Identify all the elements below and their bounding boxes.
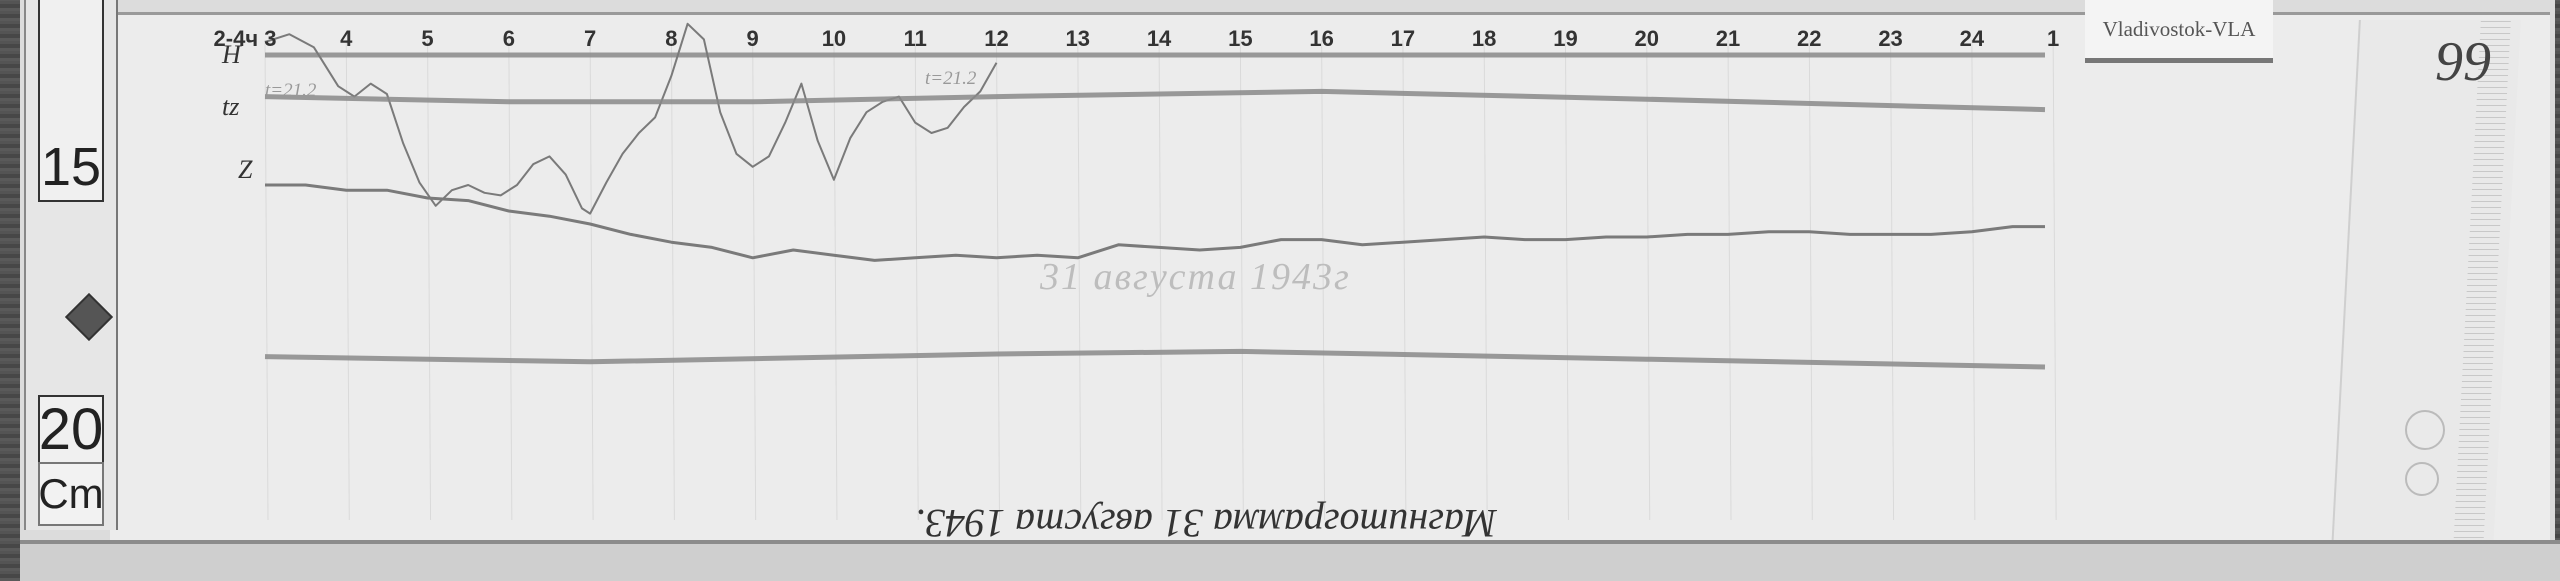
hour-tick-label: 11 bbox=[904, 26, 927, 52]
trace-h-variation bbox=[265, 24, 997, 214]
station-label: Vladivostok-VLA bbox=[2085, 0, 2273, 63]
hour-tick-label: 13 bbox=[1066, 26, 1090, 52]
date-annotation: 31 августа 1943г bbox=[1040, 255, 1351, 299]
bottom-rail bbox=[20, 540, 2560, 581]
hour-tick-label: 22 bbox=[1797, 26, 1821, 52]
trace-tz bbox=[265, 91, 2045, 109]
trace-label-z: Z bbox=[238, 155, 252, 185]
hour-tick-label: 10 bbox=[822, 26, 846, 52]
hour-tick-label: 4 bbox=[340, 26, 352, 52]
hour-tick-label: 15 bbox=[1228, 26, 1252, 52]
hour-tick-label: 1 bbox=[2047, 26, 2059, 52]
hour-tick-label: 8 bbox=[665, 26, 677, 52]
hour-tick-label: 20 bbox=[1634, 26, 1658, 52]
hour-tick-label: 19 bbox=[1553, 26, 1577, 52]
trace-label-tz: tz bbox=[222, 92, 239, 122]
hour-tick-label: 5 bbox=[421, 26, 433, 52]
hour-tick-label: 17 bbox=[1391, 26, 1415, 52]
hour-tick-label: 7 bbox=[584, 26, 596, 52]
trace-label-h: H bbox=[222, 40, 241, 70]
temperature-annotation: t=21.2 bbox=[925, 68, 976, 90]
hour-tick-label: 9 bbox=[747, 26, 759, 52]
trace-reference-line bbox=[265, 351, 2045, 367]
hour-tick-label: 12 bbox=[984, 26, 1008, 52]
hour-tick-label: 24 bbox=[1960, 26, 1984, 52]
trace-z bbox=[265, 185, 2045, 260]
hour-tick-label: 18 bbox=[1472, 26, 1496, 52]
hour-tick-label: 21 bbox=[1716, 26, 1740, 52]
hour-tick-label: 16 bbox=[1309, 26, 1333, 52]
magnetogram-chart: 2-4ч 34567891011121314151617181920212223… bbox=[0, 0, 2560, 581]
hour-tick-label: 14 bbox=[1147, 26, 1171, 52]
hour-tick-label: 23 bbox=[1878, 26, 1902, 52]
page-number: 99 bbox=[2435, 30, 2491, 94]
hour-tick-label: 6 bbox=[503, 26, 515, 52]
temperature-annotation: t=21.2 bbox=[265, 80, 316, 102]
